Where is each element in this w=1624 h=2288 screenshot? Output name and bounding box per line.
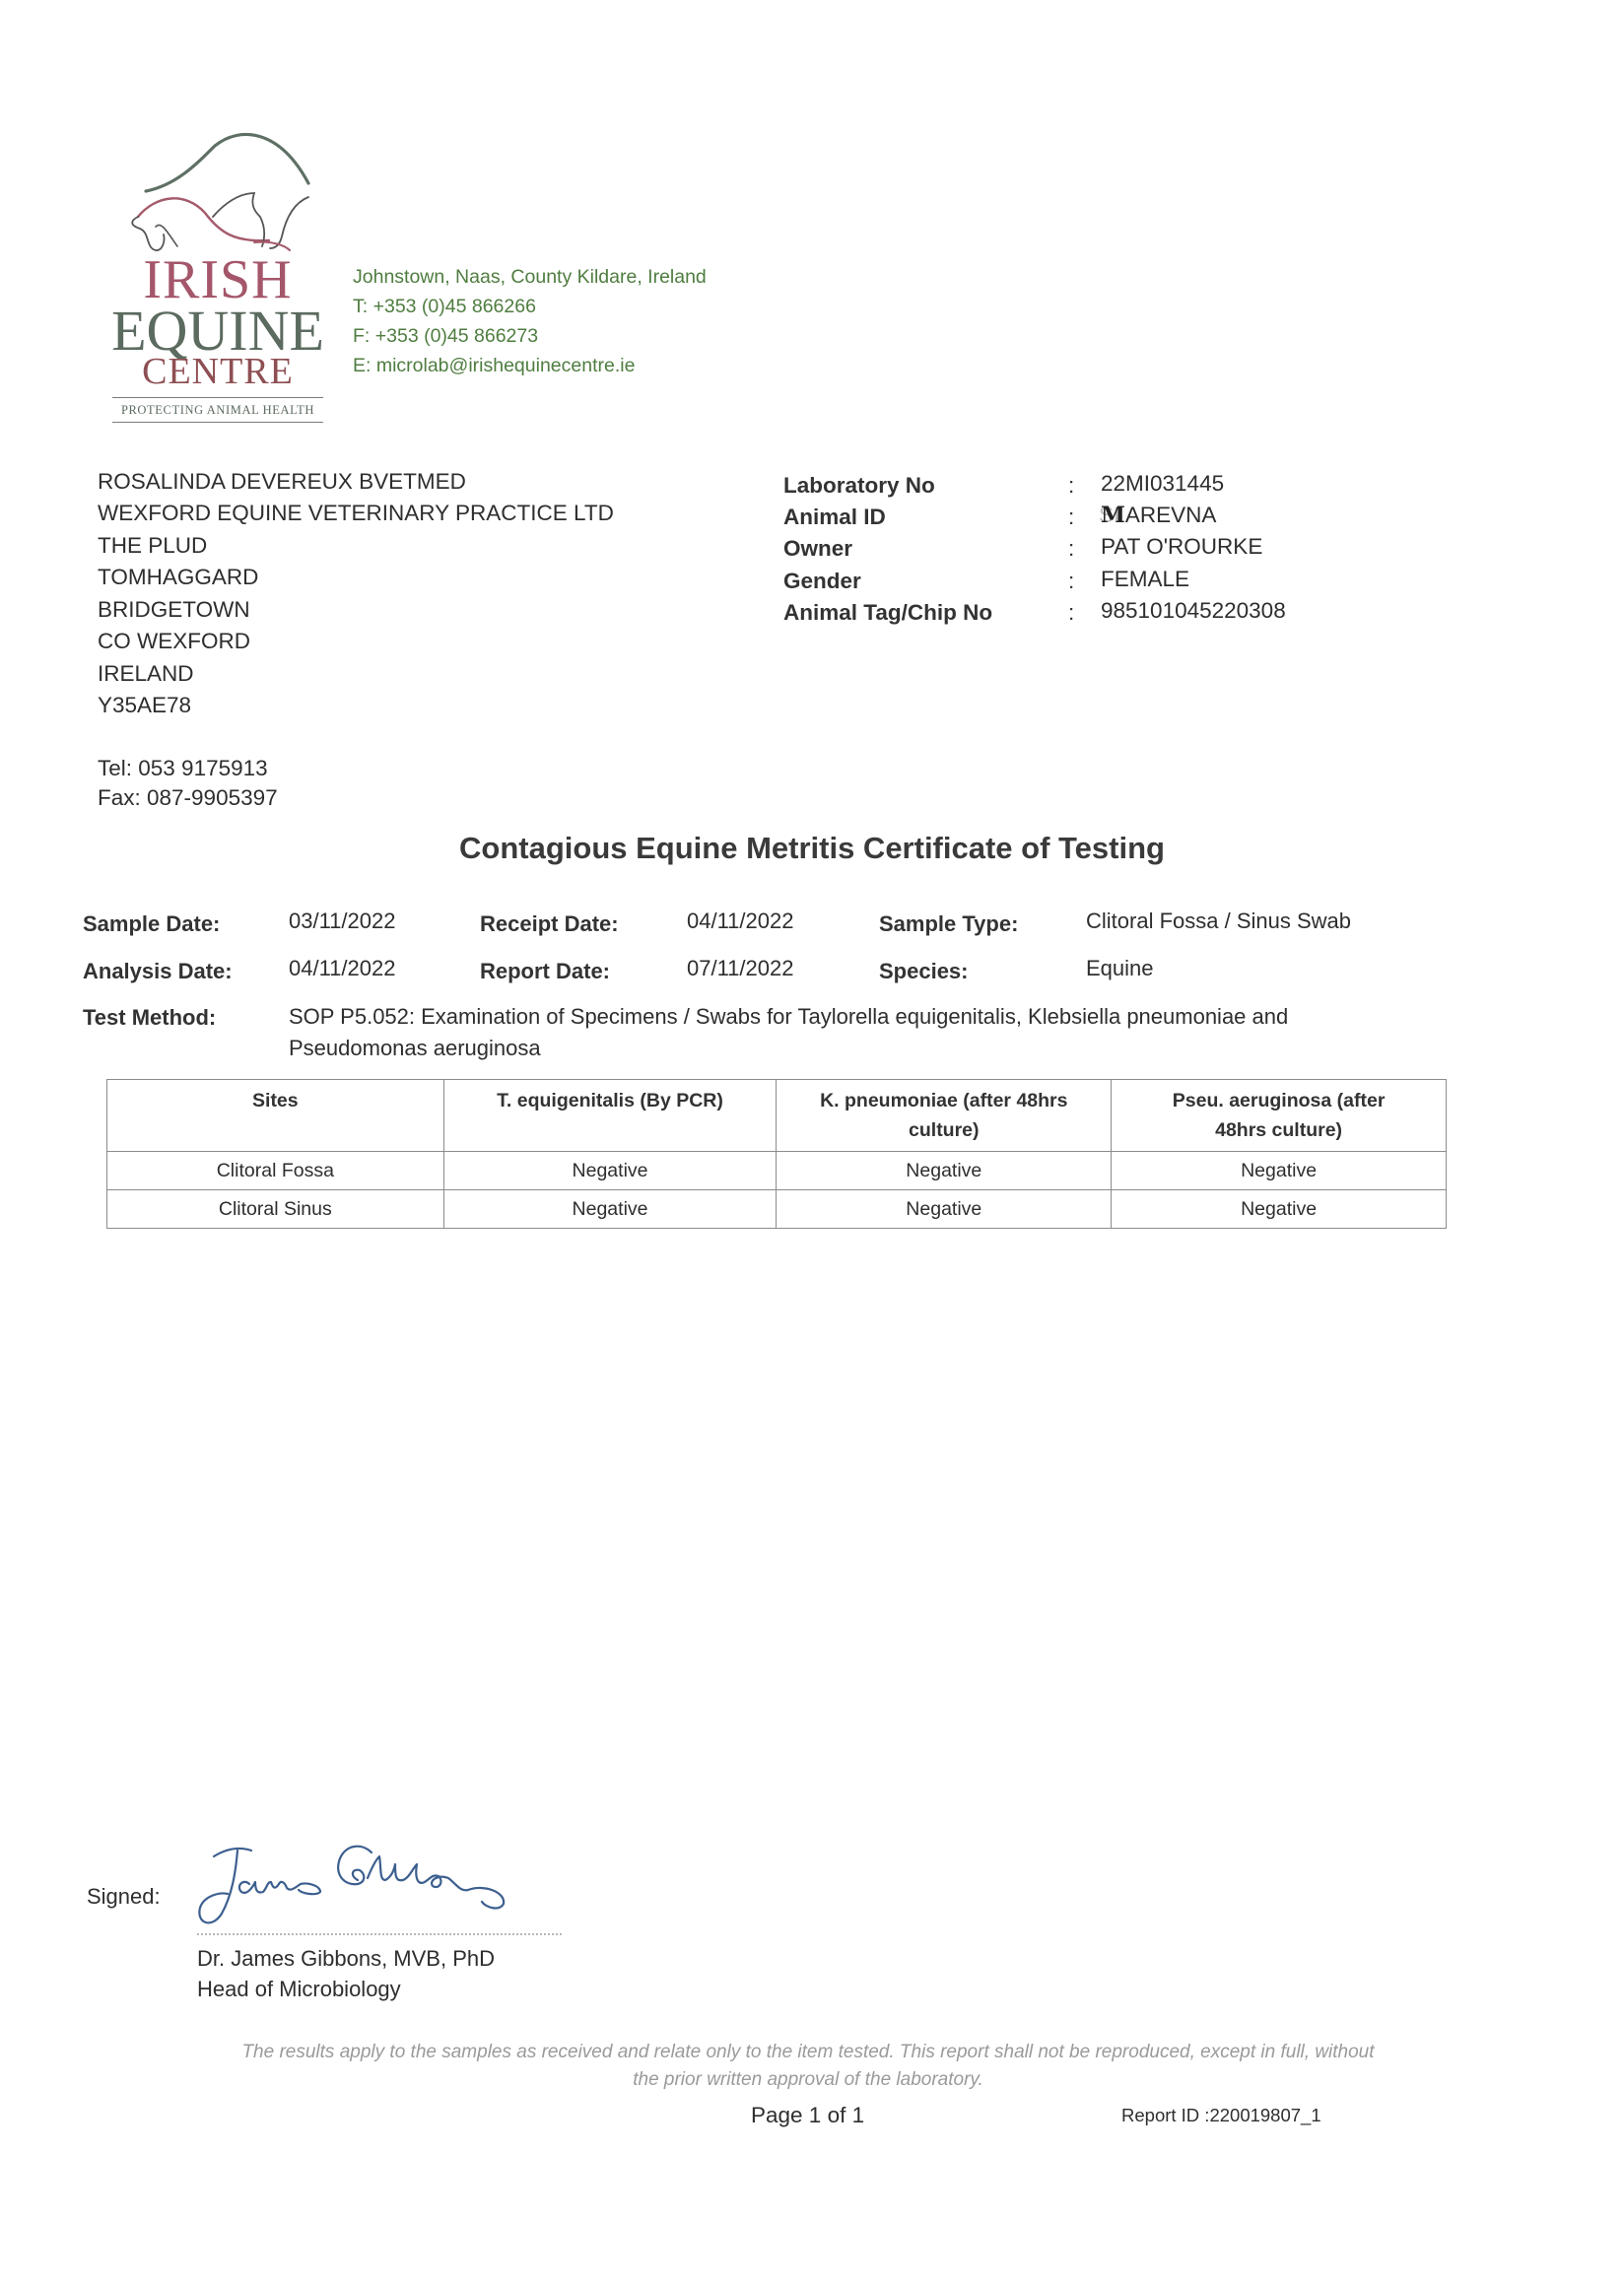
site-cell: Clitoral Fossa — [107, 1152, 444, 1190]
signatory-name: Dr. James Gibbons, MVB, PhD — [197, 1946, 495, 1972]
owner-label: Owner — [783, 536, 852, 562]
recipient-line: BRIDGETOWN — [98, 597, 250, 623]
colon: : — [1068, 536, 1074, 562]
result-cell: Negative — [777, 1152, 1112, 1190]
chip-no-value: 985101045220308 — [1101, 598, 1286, 624]
result-cell: Negative — [1112, 1190, 1447, 1229]
lab-address: Johnstown, Naas, County Kildare, Ireland — [353, 266, 707, 289]
signed-label: Signed: — [87, 1884, 161, 1910]
lab-fax: F: +353 (0)45 866273 — [353, 325, 538, 348]
logo-tagline: PROTECTING ANIMAL HEALTH — [106, 403, 329, 418]
receipt-date-value: 04/11/2022 — [687, 908, 793, 934]
disclaimer-line2: the prior written approval of the labora… — [0, 2069, 1620, 2091]
animal-id-label: Animal ID — [783, 505, 886, 530]
column-header-t-equigenitalis: T. equigenitalis (By PCR) — [443, 1080, 777, 1152]
table-header-row: Sites T. equigenitalis (By PCR) K. pneum… — [107, 1080, 1447, 1152]
report-date-label: Report Date: — [480, 959, 610, 984]
lab-no-value: 22MI031445 — [1101, 471, 1224, 497]
result-cell: Negative — [777, 1190, 1112, 1229]
recipient-fax: Fax: 087-9905397 — [98, 785, 278, 811]
table-row: Clitoral Sinus Negative Negative Negativ… — [107, 1190, 1447, 1229]
result-cell: Negative — [443, 1152, 777, 1190]
logo-divider-top — [112, 397, 323, 398]
signatory-position: Head of Microbiology — [197, 1977, 401, 2002]
test-method-value-line2: Pseudomonas aeruginosa — [289, 1036, 541, 1061]
handwritten-signature-icon — [192, 1835, 517, 1933]
recipient-tel: Tel: 053 9175913 — [98, 756, 268, 781]
colon: : — [1068, 505, 1074, 530]
recipient-line: WEXFORD EQUINE VETERINARY PRACTICE LTD — [98, 501, 614, 526]
handwritten-m: M — [1101, 503, 1125, 528]
horse-outline-icon — [106, 126, 329, 254]
lab-no-label: Laboratory No — [783, 473, 935, 499]
sample-date-value: 03/11/2022 — [289, 908, 395, 934]
logo-divider-bottom — [112, 422, 323, 423]
report-id: Report ID :220019807_1 — [1121, 2105, 1321, 2126]
owner-value: PAT O'ROURKE — [1101, 534, 1262, 560]
receipt-date-label: Receipt Date: — [480, 911, 619, 937]
disclaimer-line1: The results apply to the samples as rece… — [0, 2042, 1620, 2063]
analysis-date-label: Analysis Date: — [83, 959, 233, 984]
report-date-value: 07/11/2022 — [687, 956, 793, 981]
column-header-k-pneumoniae: K. pneumoniae (after 48hrs culture) — [777, 1080, 1112, 1152]
animal-id-correction: SIM — [1101, 503, 1125, 527]
gender-label: Gender — [783, 569, 861, 594]
animal-id-value: SIMAREVNA — [1101, 503, 1216, 528]
result-cell: Negative — [1112, 1152, 1447, 1190]
recipient-line: THE PLUD — [98, 533, 207, 559]
recipient-line: ROSALINDA DEVEREUX BVETMED — [98, 469, 466, 495]
recipient-line: IRELAND — [98, 661, 194, 687]
table-row: Clitoral Fossa Negative Negative Negativ… — [107, 1152, 1447, 1190]
sample-type-value: Clitoral Fossa / Sinus Swab — [1086, 908, 1351, 934]
analysis-date-value: 04/11/2022 — [289, 956, 395, 981]
column-header-sites: Sites — [107, 1080, 444, 1152]
test-method-value-line1: SOP P5.052: Examination of Specimens / S… — [289, 1004, 1288, 1030]
colon: : — [1068, 473, 1074, 499]
lab-email[interactable]: E: microlab@irishequinecentre.ie — [353, 355, 635, 377]
lab-telephone: T: +353 (0)45 866266 — [353, 296, 536, 318]
recipient-line: TOMHAGGARD — [98, 565, 258, 590]
column-header-pseu-aeruginosa: Pseu. aeruginosa (after 48hrs culture) — [1112, 1080, 1447, 1152]
result-cell: Negative — [443, 1190, 777, 1229]
colon: : — [1068, 569, 1074, 594]
test-method-label: Test Method: — [83, 1005, 216, 1031]
species-value: Equine — [1086, 956, 1154, 981]
gender-value: FEMALE — [1101, 567, 1189, 592]
page-number: Page 1 of 1 — [751, 2103, 864, 2128]
animal-id-text: AREVNA — [1125, 503, 1217, 527]
site-cell: Clitoral Sinus — [107, 1190, 444, 1229]
colon: : — [1068, 600, 1074, 626]
species-label: Species: — [879, 959, 969, 984]
recipient-line: CO WEXFORD — [98, 629, 250, 654]
sample-type-label: Sample Type: — [879, 911, 1018, 937]
recipient-line: Y35AE78 — [98, 693, 191, 718]
logo-text-centre: CENTRE — [106, 353, 329, 390]
sample-date-label: Sample Date: — [83, 911, 220, 937]
results-table: Sites T. equigenitalis (By PCR) K. pneum… — [106, 1079, 1447, 1229]
chip-no-label: Animal Tag/Chip No — [783, 600, 992, 626]
certificate-title: Contagious Equine Metritis Certificate o… — [0, 831, 1624, 866]
signature-line — [197, 1933, 562, 1935]
